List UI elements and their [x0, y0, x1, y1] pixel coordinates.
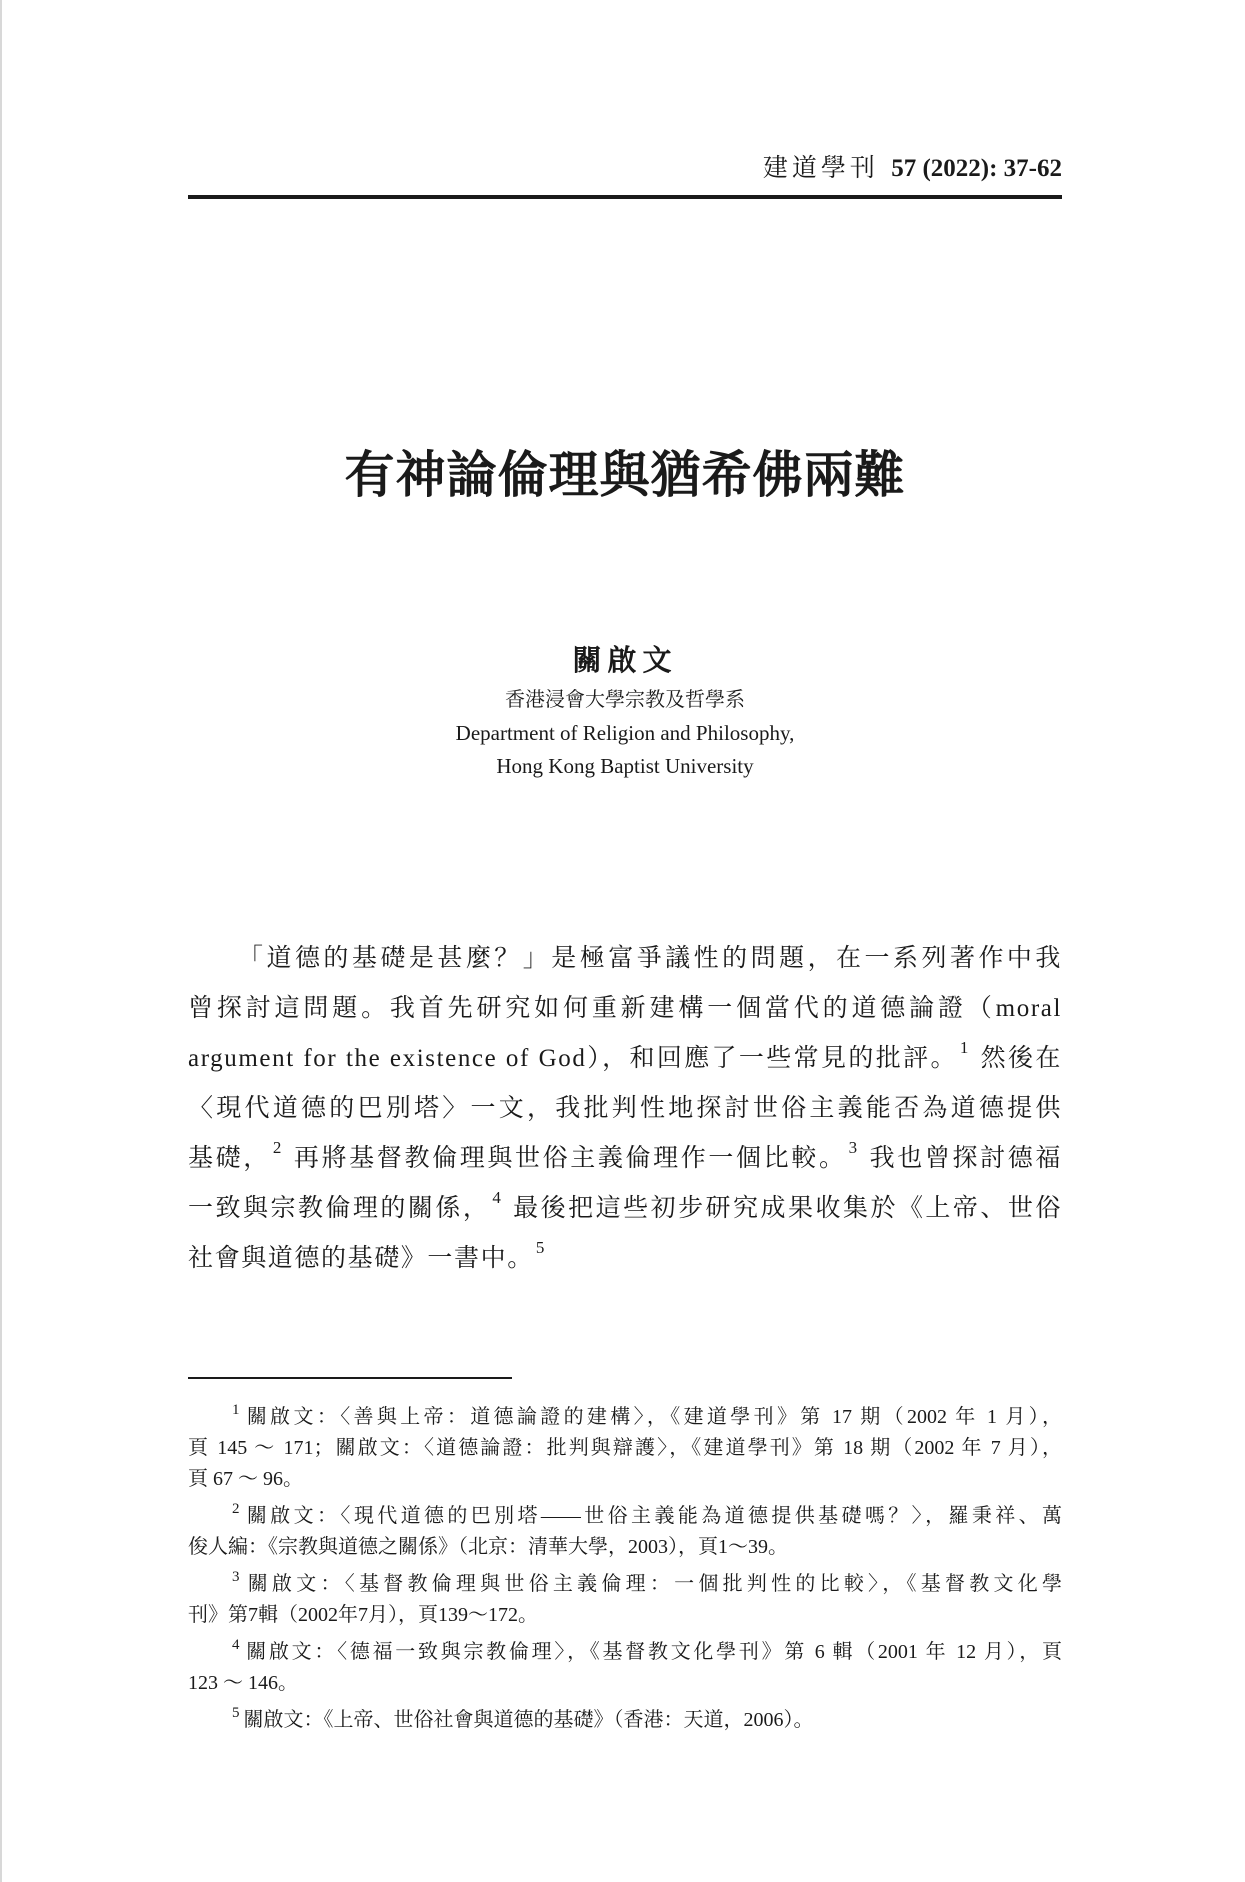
footnote-text: 刊》第7輯（2002年7月），頁139～172。 — [188, 1604, 538, 1626]
footnote-ref-5[interactable]: 5 — [536, 1238, 546, 1257]
footnote-line: 俊人編：《宗教與道德之關係》（北京：清華大學，2003），頁1～39。 — [188, 1532, 1062, 1563]
journal-name: 建道學刊 — [763, 153, 879, 182]
footnotes: 1關啟文：〈善與上帝：道德論證的建構〉，《建道學刊》第 17 期（2002 年 … — [188, 1402, 1062, 1742]
body-line: 一致與宗教倫理的關係，4 最後把這些初步研究成果收集於《上帝、世俗 — [188, 1184, 1062, 1234]
header-rule — [188, 195, 1062, 199]
footnote-separator — [188, 1377, 512, 1379]
footnote-text: 頁 67 ～ 96。 — [188, 1468, 303, 1490]
footnote-2: 2關啟文：〈現代道德的巴別塔——世俗主義能為道德提供基礎嗎？〉，羅秉祥、萬 俊人… — [188, 1501, 1062, 1563]
body-paragraph: 「道德的基礎是甚麼？」是極富爭議性的問題，在一系列著作中我 曾探討這問題。我首先… — [188, 934, 1062, 1284]
footnote-text: 關啟文：〈現代道德的巴別塔——世俗主義能為道德提供基礎嗎？〉，羅秉祥、萬 — [244, 1505, 1063, 1527]
footnote-text: 俊人編：《宗教與道德之關係》（北京：清華大學，2003），頁1～39。 — [188, 1536, 788, 1558]
running-header: 建道學刊 57 (2022): 37-62 — [188, 153, 1062, 184]
body-line: argument for the existence of God），和回應了一… — [188, 1034, 1062, 1084]
body-text: 「道德的基礎是甚麼？」是極富爭議性的問題，在一系列著作中我 — [238, 945, 1062, 972]
footnote-text: 頁 145 ～ 171；關啟文：〈道德論證：批判與辯護〉，《建道學刊》第 18 … — [188, 1437, 1062, 1459]
body-line: 基礎，2 再將基督教倫理與世俗主義倫理作一個比較。3 我也曾探討德福 — [188, 1134, 1062, 1184]
footnote-line: 刊》第7輯（2002年7月），頁139～172。 — [188, 1600, 1062, 1631]
footnote-text: 關啟文：〈善與上帝：道德論證的建構〉，《建道學刊》第 17 期（2002 年 1… — [244, 1406, 1063, 1428]
body-text: 一致與宗教倫理的關係， — [188, 1195, 490, 1222]
body-line: 「道德的基礎是甚麼？」是極富爭議性的問題，在一系列著作中我 — [188, 934, 1062, 984]
affiliation-en-line2: Hong Kong Baptist University — [188, 750, 1062, 783]
footnote-3: 3關啟文：〈基督教倫理與世俗主義倫理：一個批判性的比較〉，《基督教文化學 刊》第… — [188, 1569, 1062, 1631]
footnote-number: 2 — [232, 1501, 240, 1517]
footnote-line: 1關啟文：〈善與上帝：道德論證的建構〉，《建道學刊》第 17 期（2002 年 … — [188, 1402, 1062, 1433]
footnote-line: 頁 67 ～ 96。 — [188, 1464, 1062, 1495]
body-text: 社會與道德的基礎》一書中。 — [188, 1245, 534, 1272]
footnote-ref-3[interactable]: 3 — [849, 1138, 859, 1157]
footnote-text: 關啟文：〈德福一致與宗教倫理〉，《基督教文化學刊》第 6 輯（2001 年 12… — [244, 1641, 1063, 1663]
footnote-line: 123 ～ 146。 — [188, 1668, 1062, 1699]
footnote-5: 5關啟文：《上帝、世俗社會與道德的基礎》（香港：天道，2006）。 — [188, 1705, 1062, 1736]
body-text: 然後在 — [981, 1045, 1062, 1072]
body-text: 再將基督教倫理與世俗主義倫理作一個比較。 — [294, 1145, 847, 1172]
footnote-number: 1 — [232, 1402, 240, 1418]
footnote-text: 123 ～ 146。 — [188, 1672, 298, 1694]
footnote-number: 5 — [232, 1705, 240, 1721]
footnote-line: 頁 145 ～ 171；關啟文：〈道德論證：批判與辯護〉，《建道學刊》第 18 … — [188, 1433, 1062, 1464]
footnote-line: 3關啟文：〈基督教倫理與世俗主義倫理：一個批判性的比較〉，《基督教文化學 — [188, 1569, 1062, 1600]
body-text: 曾探討這問題。我首先研究如何重新建構一個當代的道德論證（moral — [188, 995, 1062, 1022]
author-block: 關啟文 香港浸會大學宗教及哲學系 Department of Religion … — [188, 640, 1062, 783]
footnote-line: 4關啟文：〈德福一致與宗教倫理〉，《基督教文化學刊》第 6 輯（2001 年 1… — [188, 1637, 1062, 1668]
body-line: 〈現代道德的巴別塔〉一文，我批判性地探討世俗主義能否為道德提供 — [188, 1084, 1062, 1134]
body-text: 〈現代道德的巴別塔〉一文，我批判性地探討世俗主義能否為道德提供 — [188, 1095, 1062, 1122]
journal-citation: 57 (2022): 37-62 — [891, 155, 1062, 182]
footnote-4: 4關啟文：〈德福一致與宗教倫理〉，《基督教文化學刊》第 6 輯（2001 年 1… — [188, 1637, 1062, 1699]
footnote-line: 5關啟文：《上帝、世俗社會與道德的基礎》（香港：天道，2006）。 — [188, 1705, 1062, 1736]
body-line: 社會與道德的基礎》一書中。5 — [188, 1234, 1062, 1284]
footnote-number: 3 — [232, 1569, 240, 1585]
body-line: 曾探討這問題。我首先研究如何重新建構一個當代的道德論證（moral — [188, 984, 1062, 1034]
footnote-ref-2[interactable]: 2 — [273, 1138, 283, 1157]
footnote-number: 4 — [232, 1637, 240, 1653]
author-name: 關啟文 — [188, 640, 1062, 680]
body-text: 基礎， — [188, 1145, 271, 1172]
affiliation-zh: 香港浸會大學宗教及哲學系 — [188, 684, 1062, 717]
footnote-line: 2關啟文：〈現代道德的巴別塔——世俗主義能為道德提供基礎嗎？〉，羅秉祥、萬 — [188, 1501, 1062, 1532]
footnote-ref-4[interactable]: 4 — [492, 1188, 502, 1207]
footnote-text: 關啟文：〈基督教倫理與世俗主義倫理：一個批判性的比較〉，《基督教文化學 — [244, 1573, 1063, 1595]
body-text: 最後把這些初步研究成果收集於《上帝、世俗 — [513, 1195, 1062, 1222]
body-text: argument for the existence of God），和回應了一… — [188, 1045, 958, 1072]
affiliation-en-line1: Department of Religion and Philosophy, — [188, 717, 1062, 750]
footnote-text: 關啟文：《上帝、世俗社會與道德的基礎》（香港：天道，2006）。 — [244, 1709, 814, 1731]
body-text: 我也曾探討德福 — [870, 1145, 1062, 1172]
footnote-1: 1關啟文：〈善與上帝：道德論證的建構〉，《建道學刊》第 17 期（2002 年 … — [188, 1402, 1062, 1495]
article-title: 有神論倫理與猶希佛兩難 — [188, 443, 1062, 507]
page-edge — [0, 0, 2, 1882]
footnote-ref-1[interactable]: 1 — [960, 1038, 970, 1057]
